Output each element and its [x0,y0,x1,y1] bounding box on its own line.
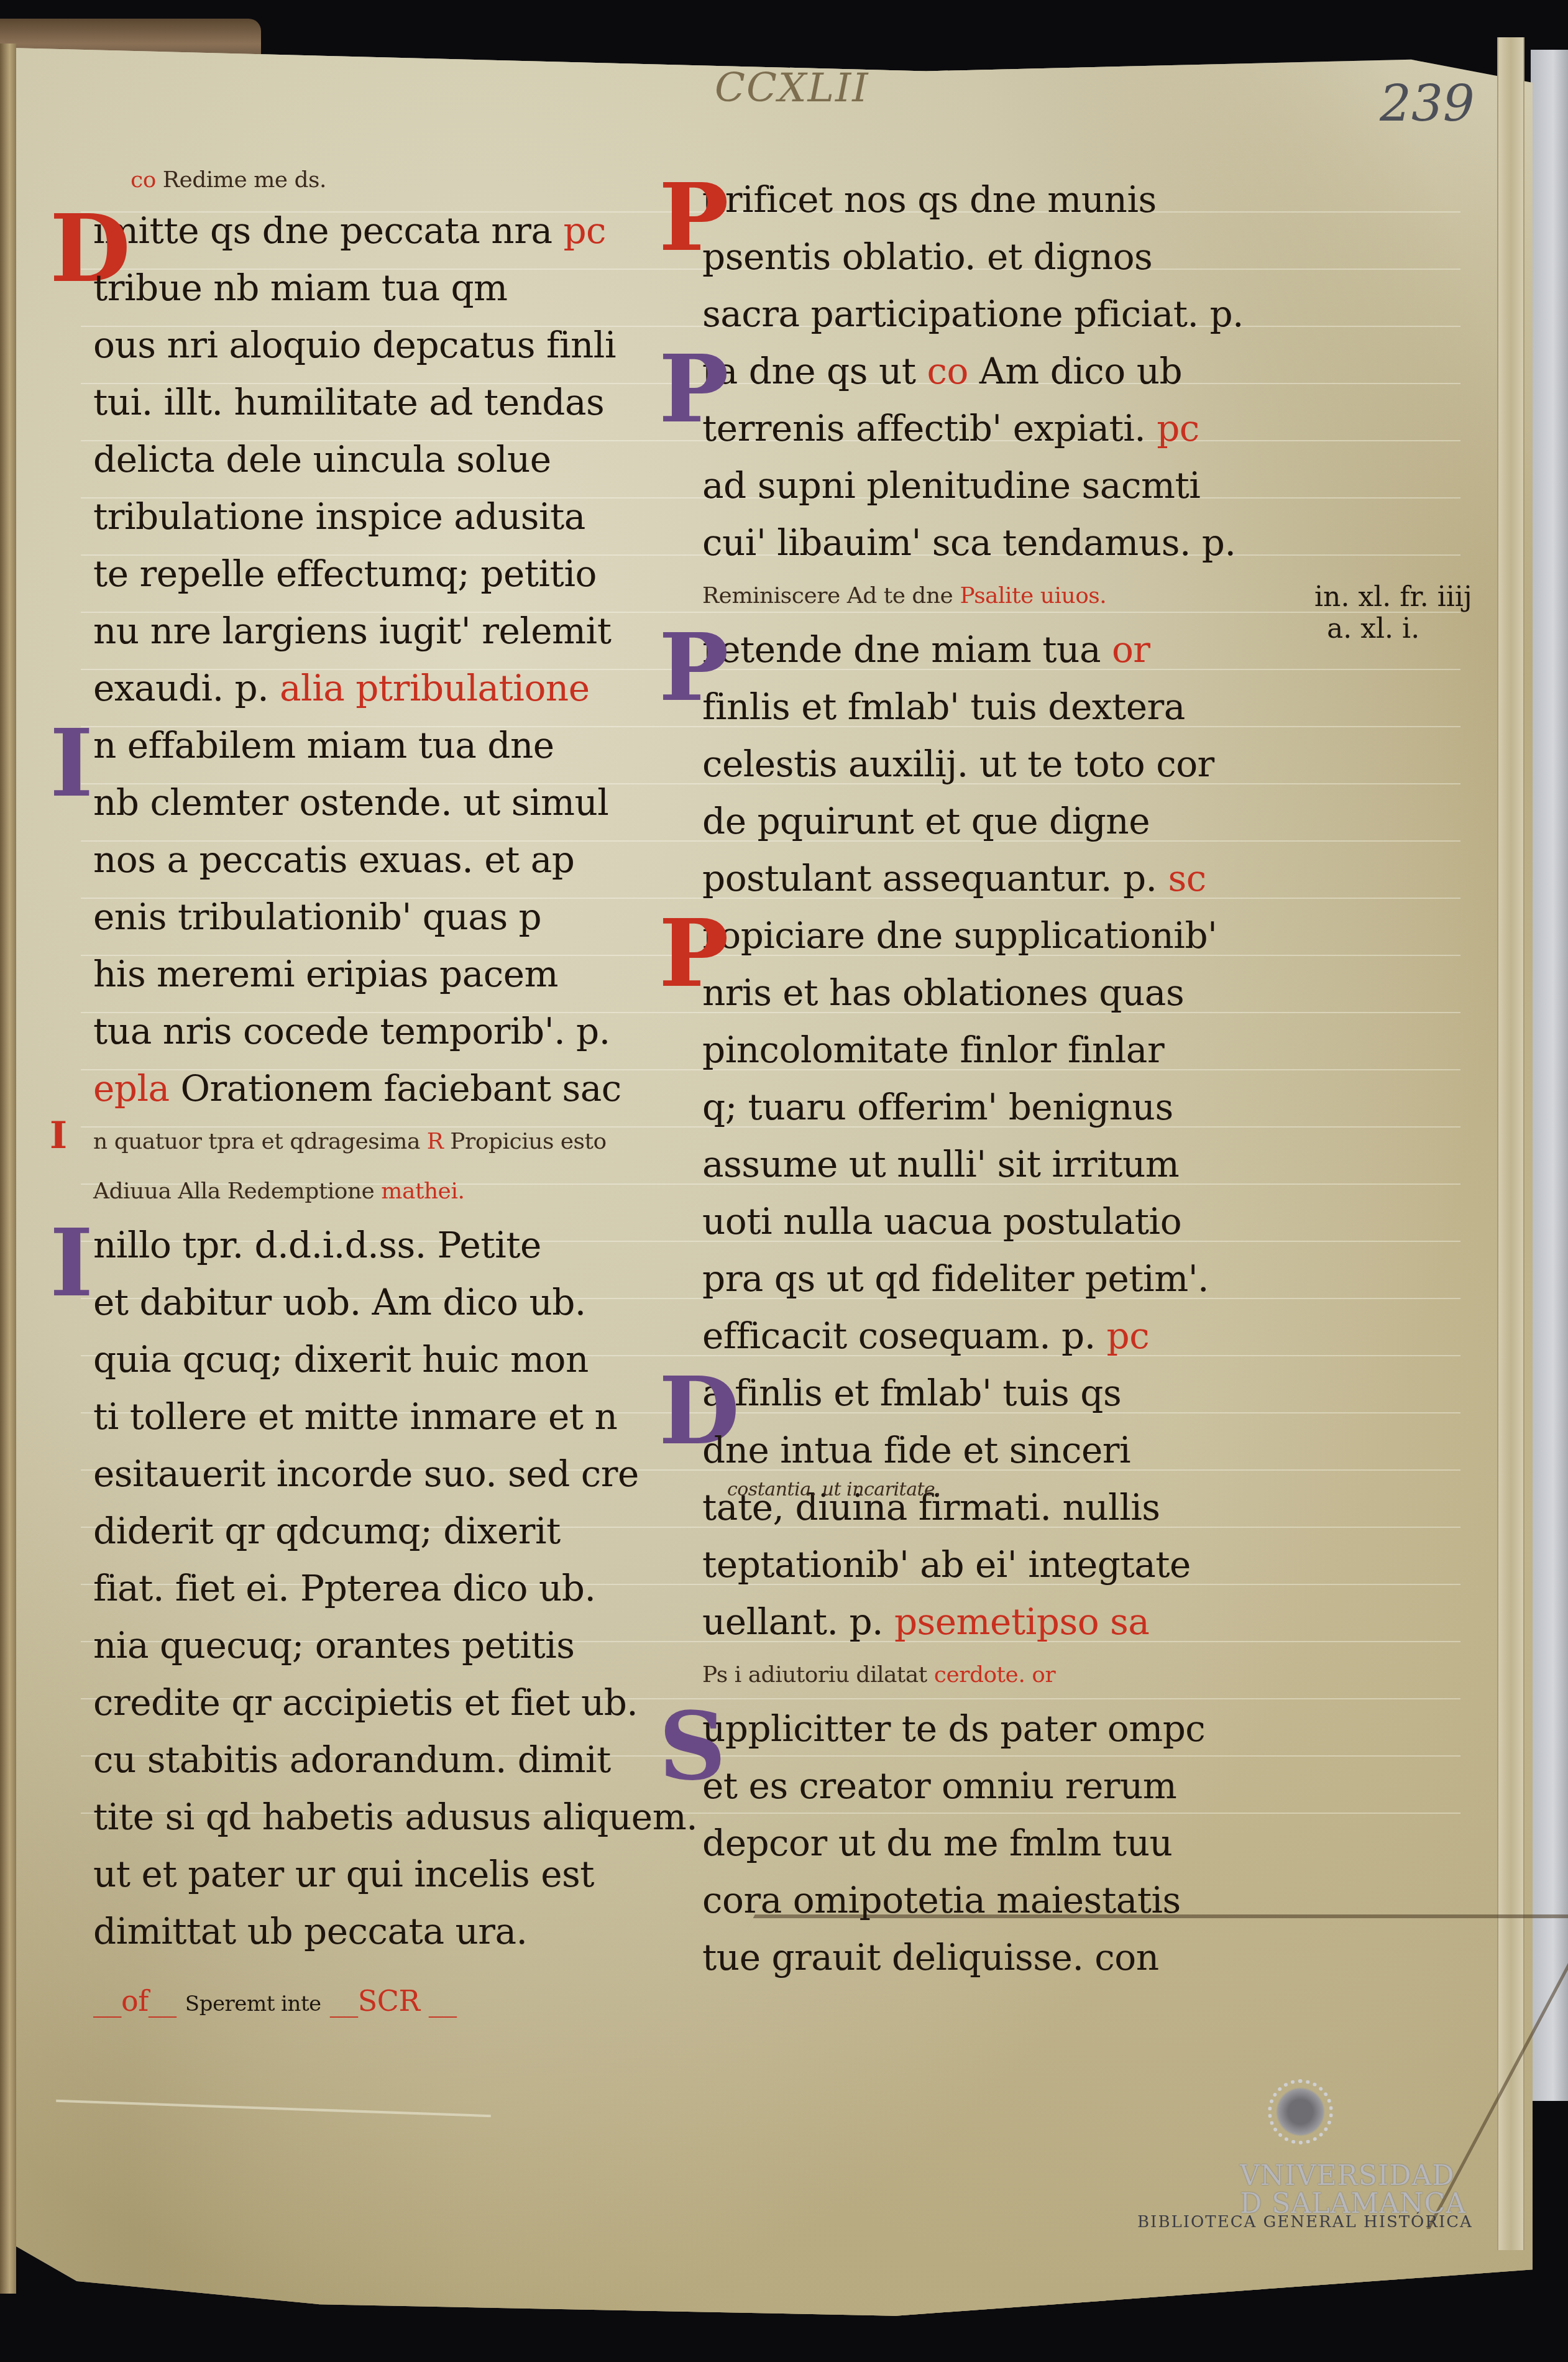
right-column: Purificet nos qs dne munis psentis oblat… [702,171,1324,1986]
line-text: exaudi. p. [93,667,268,709]
line-text: depcor ut du me fmlm tuu [702,1822,1172,1864]
line-text: Propicius esto [450,1129,606,1154]
manuscript-line: diderit qr qdcumq; dixerit [93,1502,653,1560]
paper-strip [1531,50,1568,2101]
line-text: pincolomitate finlor finlar [702,1029,1164,1071]
manuscript-line: psentis oblatio. et dignos [702,228,1324,285]
line-text: cu stabitis adorandum. dimit [93,1739,611,1781]
header-rubric: co [131,167,156,193]
old-foliation: CCXLII [715,65,869,111]
manuscript-line: depcor ut du me fmlm tuu [702,1814,1324,1872]
manuscript-line: pincolomitate finlor finlar [702,1021,1324,1078]
line-text: te repelle effectumq; petitio [93,553,597,595]
line-text: Am dico ub [979,350,1182,392]
line-text: ropiciare dne supplicationib' [702,914,1217,957]
header-text: Redime me ds. [163,167,326,193]
manuscript-line: ut et pater ur qui incelis est [93,1845,653,1903]
line-text: psentis oblatio. et dignos [702,236,1152,278]
line-text: enis tribulationib' quas p [93,896,541,938]
line-text: dimittat ub peccata ura. [93,1910,528,1952]
decorated-initial-i: I [50,717,93,810]
rubric-text: psemetipso sa [894,1601,1150,1643]
line-text: q; tuaru offerim' benignus [702,1086,1173,1128]
manuscript-line: exaudi. p. alia ptribulatione [93,659,653,717]
line-text: nillo tpr. d.d.i.d.ss. Petite [93,1224,541,1266]
line-text: teptationib' ab ei' integtate [702,1543,1191,1586]
line-text: tui. illt. humilitate ad tendas [93,381,604,423]
line-text: diderit qr qdcumq; dixerit [93,1510,561,1552]
manuscript-line: fiat. fiet ei. Ppterea dico ub. [93,1560,653,1617]
watermark-line1: VNIVERSIDAD [1240,2160,1455,2192]
rubric-text: pc [563,209,606,252]
right-text-lines: Purificet nos qs dne munis psentis oblat… [702,171,1324,1986]
line-text: credite qr accipietis et fiet ub. [93,1681,638,1724]
manuscript-line: delicta dele uincula solue [93,431,653,488]
manuscript-line: tribulatione inspice adusita [93,488,653,545]
manuscript-line: his meremi eripias pacem [93,945,653,1003]
line-text: efficacit cosequam. p. [702,1315,1096,1357]
manuscript-line: celestis auxilij. ut te toto cor [702,735,1324,793]
interlinear-gloss: costantia. ut incaritate. [727,1461,940,1519]
rubric-text: Psalite uiuos. [960,583,1106,609]
manuscript-line: q; tuaru offerim' benignus [702,1078,1324,1136]
line-text: fiat. fiet ei. Ppterea dico ub. [93,1567,595,1609]
rubric-text: R [427,1129,444,1154]
line-text: ti tollere et mitte inmare et n [93,1395,617,1438]
manuscript-line: finlis et fmlab' tuis dextera [702,678,1324,735]
line-text: uoti nulla uacua postulatio [702,1200,1181,1243]
line-text: tue grauit deliquisse. con [702,1936,1159,1978]
footer-text: Speremt inte [185,1992,321,2016]
manuscript-line: credite qr accipietis et fiet ub. [93,1674,653,1731]
rubric-text: mathei. [381,1179,464,1204]
manuscript-line: ti tollere et mitte inmare et n [93,1388,653,1445]
rubric-text: sc [1168,857,1206,899]
manuscript-line: Da finlis et fmlab' tuis qs [702,1364,1324,1422]
manuscript-line: tribue nb miam tua qm [93,259,653,316]
manuscript-line: Supplicitter te ds pater ompc [702,1700,1324,1757]
line-text: delicta dele uincula solue [93,438,551,480]
manuscript-line: postulant assequantur. p. sc [702,850,1324,907]
manuscript-line: Purificet nos qs dne munis [702,171,1324,228]
line-text: nris et has oblationes quas [702,972,1184,1014]
line-text: nos a peccatis exuas. et ap [93,839,574,881]
left-header: co Redime me ds. [131,159,653,202]
line-text: esitauerit incorde suo. sed cre [93,1453,639,1495]
manuscript-line: Inillo tpr. d.d.i.d.ss. Petite [93,1216,653,1274]
manuscript-line: Pta dne qs ut co Am dico ub [702,342,1324,400]
manuscript-line: Propiciare dne supplicationib' [702,907,1324,964]
margin-note: in. xl. fr. iiij a. xl. i. [1314,581,1472,645]
line-text: de pquirunt et que digne [702,800,1150,842]
rubric-text: or [1032,1662,1055,1688]
line-text: nb clemter ostende. ut simul [93,781,608,824]
left-footer: __of__ Speremt inte __SCR __ [93,1972,653,2029]
line-text: urificet nos qs dne munis [702,178,1157,221]
line-text: Alla [178,1179,221,1204]
decorated-initial-i: I [50,1117,67,1154]
manuscript-line: et dabitur uob. Am dico ub. [93,1274,653,1331]
manuscript-line: cui' libauim' sca tendamus. p. [702,514,1324,571]
line-text: tribulatione inspice adusita [93,495,585,538]
line-text: tua nris cocede temporib'. p. [93,1010,610,1052]
line-text: quia qcuq; dixerit huic mon [93,1338,589,1381]
line-text: pra qs ut qd fideliter petim'. [702,1257,1209,1300]
manuscript-line: Dimitte qs dne peccata nra pc [93,202,653,259]
line-text: cora omipotetia maiestatis [702,1879,1181,1921]
manuscript-line: quia qcuq; dixerit huic mon [93,1331,653,1388]
left-column: co Redime me ds. Dimitte qs dne peccata … [93,159,653,2029]
manuscript-line: uoti nulla uacua postulatio [702,1193,1324,1250]
line-text: tribue nb miam tua qm [93,267,508,309]
line-text: cui' libauim' sca tendamus. p. [702,522,1236,564]
line-text: Ps i adiutoriu dilatat [702,1662,927,1688]
manuscript-line: sacra participatione pficiat. p. [702,285,1324,342]
line-text: n quatuor tpra et qdragesima [93,1129,420,1154]
manuscript-line: assume ut nulli' sit irritum [702,1136,1324,1193]
manuscript-line: Pretende dne miam tua or [702,621,1324,678]
line-text: sacra participatione pficiat. p. [702,293,1244,335]
line-text: Reminiscere [702,583,840,609]
rubric-text: alia ptribulatione [280,667,589,709]
decorated-initial-i: I [50,1216,93,1310]
manuscript-line: cora omipotetia maiestatis [702,1872,1324,1929]
line-text: upplicitter te ds pater ompc [702,1707,1205,1750]
manuscript-line: esitauerit incorde suo. sed cre [93,1445,653,1502]
line-text: ous nri aloquio depcatus finli [93,324,616,366]
manuscript-line: Adiuua Alla Redemptione mathei. [93,1167,653,1216]
manuscript-line: nris et has oblationes quas [702,964,1324,1021]
manuscript-line: teptationib' ab ei' integtate [702,1536,1324,1593]
line-text: finlis et fmlab' tuis dextera [702,686,1185,728]
manuscript-line: Reminiscere Ad te dne Psalite uiuos. [702,571,1324,621]
manuscript-line: terrenis affectib' expiati. pc [702,400,1324,457]
line-text: retende dne miam tua [702,628,1101,671]
line-text: a finlis et fmlab' tuis qs [702,1372,1121,1414]
manuscript-line: de pquirunt et que digne [702,793,1324,850]
manuscript-line: Ps i adiutoriu dilatat cerdote. or [702,1650,1324,1700]
manuscript-line: et es creator omniu rerum [702,1757,1324,1814]
line-text: n effabilem miam tua dne [93,724,554,766]
manuscript-line: nb clemter ostende. ut simul [93,774,653,831]
manuscript-line: tate, diuina firmati. nullis costantia. … [702,1479,1324,1536]
left-text-lines: Dimitte qs dne peccata nra pc tribue nb … [93,202,653,1960]
line-text: nia quecuq; orantes petitis [93,1624,575,1666]
line-text: celestis auxilij. ut te toto cor [702,743,1214,785]
line-text: Adiuua [93,1179,171,1204]
manuscript-line: pra qs ut qd fideliter petim'. [702,1250,1324,1307]
manuscript-line: In effabilem miam tua dne [93,717,653,774]
rubric-text: co [927,350,968,392]
manuscript-line: tue grauit deliquisse. con [702,1929,1324,1986]
manuscript-line: In quatuor tpra et qdragesima R Propiciu… [93,1117,653,1167]
manuscript-line: uellant. p. psemetipso sa [702,1593,1324,1650]
line-text: Orationem faciebant sac [181,1067,621,1110]
manuscript-line: nos a peccatis exuas. et ap [93,831,653,888]
line-text: Redemptione [227,1179,375,1204]
line-text: et es creator omniu rerum [702,1765,1176,1807]
rubric-text: or [1112,628,1150,671]
manuscript-line: tite si qd habetis adusus aliquem. [93,1788,653,1845]
watermark-line3: BIBLIOTECA GENERAL HISTÓRICA [1137,2213,1473,2231]
footer-of: of [121,1984,149,2018]
manuscript-line: tui. illt. humilitate ad tendas [93,374,653,431]
manuscript-line: tua nris cocede temporib'. p. [93,1003,653,1060]
footer-sr: SCR [358,1984,420,2018]
spine-gutter [0,44,16,2294]
line-text: ut et pater ur qui incelis est [93,1853,594,1895]
rubric-text: epla [93,1067,170,1110]
line-text: Ad te dne [847,583,953,609]
manuscript-line: ad supni plenitudine sacmti [702,457,1324,514]
rubric-text: pc [1157,407,1199,449]
manuscript-line: efficacit cosequam. p. pc [702,1307,1324,1364]
manuscript-line: enis tribulationib' quas p [93,888,653,945]
manuscript-line: dimittat ub peccata ura. [93,1903,653,1960]
line-text: imitte qs dne peccata nra [93,209,552,252]
line-text: terrenis affectib' expiati. [702,407,1145,449]
line-text: ta dne qs ut [702,350,916,392]
manuscript-line: epla Orationem faciebant sac [93,1060,653,1117]
manuscript-line: nia quecuq; orantes petitis [93,1617,653,1674]
line-text: nu nre largiens iugit' relemit [93,610,611,652]
rubric-text: pc [1107,1315,1150,1357]
university-seal-icon [1268,2079,1333,2144]
line-text: ad supni plenitudine sacmti [702,464,1200,507]
line-text: tite si qd habetis adusus aliquem. [93,1796,697,1838]
rubric-text: cerdote. [934,1662,1025,1688]
line-text: postulant assequantur. p. [702,857,1157,899]
line-text: uellant. p. [702,1601,883,1643]
manuscript-line: cu stabitis adorandum. dimit [93,1731,653,1788]
line-text: et dabitur uob. Am dico ub. [93,1281,586,1323]
line-text: assume ut nulli' sit irritum [702,1143,1179,1185]
line-text: his meremi eripias pacem [93,953,558,995]
manuscript-line: ous nri aloquio depcatus finli [93,316,653,374]
manuscript-line: nu nre largiens iugit' relemit [93,602,653,659]
modern-foliation: 239 [1380,75,1475,132]
manuscript-line: te repelle effectumq; petitio [93,545,653,602]
